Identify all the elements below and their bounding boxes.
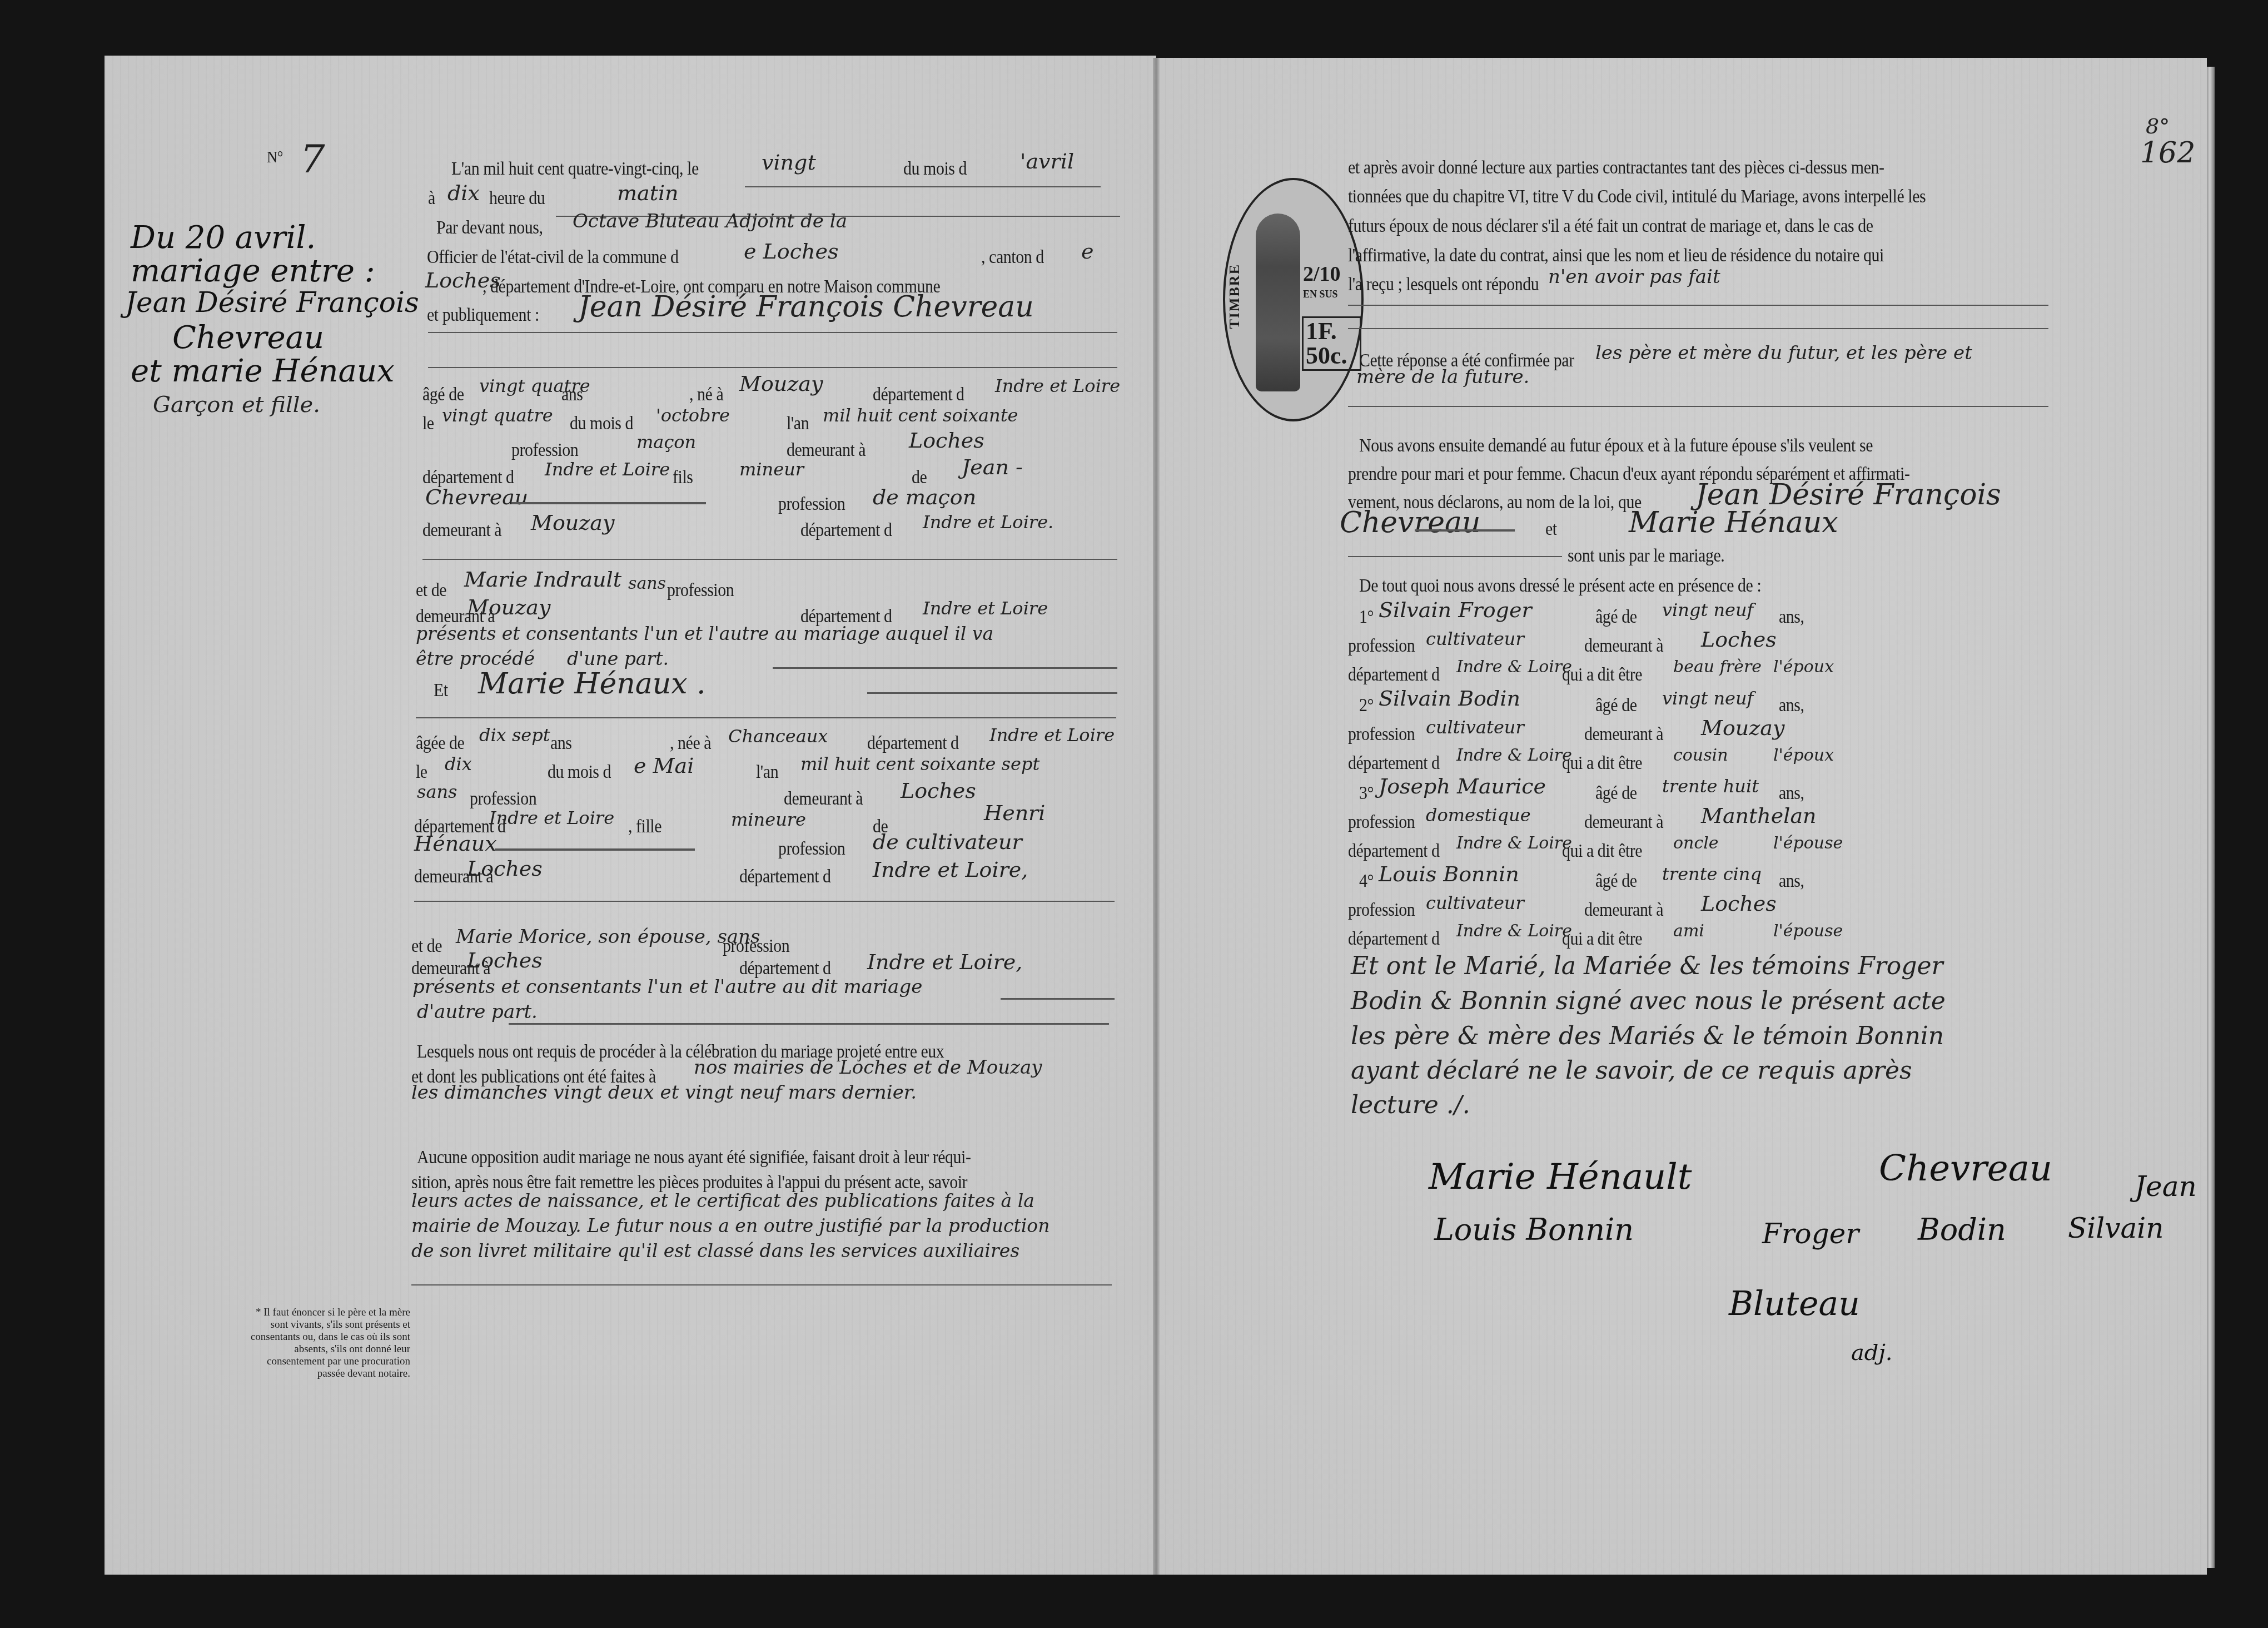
signature-officer-title: adj. — [1851, 1340, 1893, 1366]
printed-text: département d — [1348, 842, 1440, 861]
witness-age: trente cinq — [1662, 863, 1762, 885]
printed-text: âgé de — [1595, 872, 1637, 891]
witness-age: vingt neuf — [1662, 599, 1753, 621]
rule — [1348, 406, 2048, 407]
groom-birth-year: mil huit cent soixante — [823, 405, 1018, 426]
printed-text: demeurant à — [1584, 725, 1663, 744]
mother-dept: Indre et Loire — [923, 598, 1048, 619]
printed-text: profession — [667, 581, 734, 600]
bride-age: dix sept — [479, 724, 550, 746]
signature-witness-bodin: Bodin — [1918, 1212, 2006, 1247]
rule — [1001, 998, 1115, 1000]
printed-text: profession — [511, 441, 578, 460]
printed-text: et de — [416, 581, 446, 600]
printed-text: âgé de — [1595, 784, 1637, 803]
signature-witness-silvain: Silvain — [2068, 1212, 2164, 1244]
mother-profession: sans — [628, 574, 666, 593]
consent-text: d'une part. — [567, 648, 669, 669]
signature-officer: Bluteau — [1729, 1284, 1860, 1323]
bride-birth-day: dix — [445, 753, 472, 775]
stamp-surcharge: 2/10 — [1303, 264, 1341, 285]
printed-text: profession — [1348, 901, 1415, 920]
printed-text: profession — [470, 790, 536, 808]
page-edges — [2207, 67, 2215, 1568]
father-dept: Indre et Loire. — [923, 512, 1053, 533]
signature-groom-firstname: Jean — [2135, 1170, 2197, 1203]
printed-text: ans — [550, 734, 572, 753]
witness-num: 3° — [1359, 784, 1374, 803]
rule — [745, 186, 1101, 187]
printed-text: et de — [411, 937, 442, 956]
filled-time: matin — [617, 181, 679, 205]
margin-note-line: Chevreau — [172, 320, 324, 356]
bride-name-declared: Marie Hénaux — [1629, 506, 1838, 539]
printed-text: demeurant à — [1584, 813, 1663, 832]
tax-stamp: TIMBRE 2/10 EN SUS 1F. 50c. — [1223, 178, 1364, 421]
printed-text: profession — [1348, 637, 1415, 656]
printed-text: département d — [873, 385, 964, 404]
printed-text: Officier de l'état-civil de la commune d — [427, 248, 678, 267]
groom-status: mineur — [739, 459, 804, 480]
margin-note-line: mariage entre : — [131, 253, 375, 289]
printed-text: département d — [800, 521, 892, 540]
act-number-label: N° — [267, 149, 283, 166]
bride-father-dept: Indre et Loire, — [873, 857, 1028, 882]
printed-text: profession — [778, 495, 845, 514]
witness-residence: Loches — [1701, 627, 1777, 652]
groom-birth-day: vingt quatre — [442, 405, 553, 426]
closing-line: lecture ./. — [1351, 1091, 1470, 1119]
printed-text: l'an — [787, 414, 809, 433]
printed-text: demeurant à — [1584, 901, 1663, 920]
printed-text: profession — [778, 840, 845, 858]
printed-text: , fille — [628, 817, 661, 836]
printed-text: âgé de — [1595, 696, 1637, 715]
margin-note-line: Jean Désiré François — [125, 286, 419, 319]
signature-witness-froger: Froger — [1762, 1218, 1859, 1250]
filled-day: vingt — [762, 150, 816, 175]
printed-text: sont unis par le mariage. — [1568, 547, 1724, 565]
groom-profession: maçon — [636, 431, 696, 453]
father-surname: Chevreau — [425, 485, 528, 509]
printed-text: département d — [739, 867, 831, 886]
father-firstname: Jean - — [962, 455, 1023, 479]
printed-text: le — [422, 414, 434, 433]
printed-text: l'a reçu ; lesquels ont répondu — [1348, 275, 1539, 294]
book-gutter — [1153, 58, 1160, 1575]
printed-text: profession — [1348, 813, 1415, 832]
printed-text: et après avoir donné lecture aux parties… — [1348, 158, 1884, 177]
stamp-surcharge-sub: EN SUS — [1303, 289, 1338, 300]
groom-birth-dept: Indre et Loire — [995, 375, 1120, 396]
witness-relation: cousin — [1673, 746, 1728, 765]
stamp-value: 1F. 50c. — [1302, 316, 1361, 371]
folio-number: 162 — [2140, 136, 2195, 170]
signature-groom-surname: Chevreau — [1879, 1148, 2052, 1189]
witness-name: Louis Bonnin — [1379, 862, 1519, 886]
rule — [867, 692, 1117, 694]
witness-relation-of: l'épouse — [1773, 833, 1843, 853]
bride-name: Marie Hénaux . — [478, 667, 706, 701]
printed-text: le — [416, 763, 427, 782]
printed-text: âgé de — [422, 385, 464, 404]
rule — [416, 717, 1116, 718]
printed-text: , né à — [689, 385, 723, 404]
closing-line: ayant déclaré ne le savoir, de ce requis… — [1351, 1056, 1912, 1085]
printed-text: âgée de — [416, 734, 464, 753]
rule — [773, 667, 1117, 669]
printed-text: département d — [1348, 666, 1440, 684]
father-profession: de maçon — [873, 485, 976, 509]
witness-profession: cultivateur — [1426, 717, 1524, 738]
witness-relation: ami — [1673, 921, 1704, 941]
witness-residence: Manthelan — [1701, 803, 1817, 828]
publication-dates: les dimanches vingt deux et vingt neuf m… — [411, 1081, 917, 1104]
documents-produced: mairie de Mouzay. Le futur nous a en out… — [411, 1215, 1050, 1237]
printed-text: de — [912, 468, 927, 487]
contract-answer: n'en avoir pas fait — [1548, 266, 1720, 288]
printed-text: tionnées que du chapitre VI, titre V du … — [1348, 187, 1926, 206]
witness-name: Joseph Maurice — [1379, 774, 1546, 798]
footnote-marker: * — [256, 1307, 261, 1318]
footnote-text: Il faut énoncer si le père et la mère so… — [251, 1307, 410, 1379]
closing-line: les père & mère des Mariés & le témoin B… — [1351, 1022, 1944, 1050]
printed-text: ans, — [1779, 608, 1804, 627]
printed-text: demeurant à — [422, 521, 501, 540]
witness-relation-of: l'épouse — [1773, 921, 1843, 941]
printed-text: département d — [739, 959, 831, 978]
printed-text: fils — [673, 468, 693, 487]
printed-text: demeurant à — [1584, 637, 1663, 656]
bride-profession: sans — [417, 781, 457, 802]
witness-profession: domestique — [1426, 805, 1531, 826]
printed-text: ans, — [1779, 784, 1804, 803]
printed-text: heure du — [489, 189, 545, 208]
printed-text: Par devant nous, — [436, 219, 543, 237]
groom-dept: Indre et Loire — [545, 459, 670, 480]
printed-text: , née à — [670, 734, 711, 753]
bride-mother-dept: Indre et Loire, — [867, 950, 1022, 974]
stamp-word: TIMBRE — [1226, 264, 1243, 329]
witness-dept: Indre & Loire — [1456, 746, 1572, 765]
witness-residence: Mouzay — [1701, 716, 1784, 740]
printed-text: De tout quoi nous avons dressé le présen… — [1359, 577, 1761, 595]
witness-residence: Loches — [1701, 891, 1777, 916]
rule — [411, 1284, 1112, 1285]
rule — [511, 502, 706, 504]
bride-father-profession: de cultivateur — [873, 830, 1022, 854]
bride-father-surname: Hénaux — [414, 831, 497, 856]
rule — [495, 848, 695, 851]
rule — [1348, 556, 1562, 557]
printed-text: qui a dit être — [1562, 842, 1642, 861]
witness-num: 2° — [1359, 696, 1374, 715]
printed-text: Nous avons ensuite demandé au futur épou… — [1359, 436, 1873, 455]
confirmation-by: les père et mère du futur, et les père e… — [1595, 342, 1972, 364]
witness-profession: cultivateur — [1426, 628, 1524, 649]
rule — [428, 367, 1117, 368]
witness-dept: Indre & Loire — [1456, 657, 1572, 677]
printed-text: âgé de — [1595, 608, 1637, 627]
closing-line: Et ont le Marié, la Mariée & les témoins… — [1351, 952, 1943, 980]
confirmation-by: mère de la future. — [1356, 366, 1529, 388]
consent-text: présents et consentants l'un et l'autre … — [412, 976, 922, 998]
witness-age: vingt neuf — [1662, 688, 1753, 709]
closing-line: Bodin & Bonnin signé avec nous le présen… — [1351, 987, 1946, 1015]
witness-dept: Indre & Loire — [1456, 921, 1572, 941]
groom-surname-declared: Chevreau — [1340, 506, 1481, 539]
witness-num: 1° — [1359, 608, 1374, 627]
rule — [1348, 328, 2048, 329]
printed-text: département d — [867, 734, 959, 753]
bride-birthplace: Chanceaux — [728, 726, 828, 747]
bride-residence: Loches — [901, 778, 976, 803]
filled-officer: Octave Bluteau Adjoint de la — [573, 210, 847, 232]
act-number-value: 7 — [300, 136, 325, 182]
witness-relation-of: l'époux — [1773, 657, 1834, 677]
printed-text: département d — [1348, 754, 1440, 773]
documents-produced: de son livret militaire qu'il est classé… — [411, 1240, 1019, 1262]
witness-age: trente huit — [1662, 776, 1759, 797]
margin-note-line: et marie Hénaux — [131, 353, 395, 389]
witness-relation-of: l'époux — [1773, 746, 1834, 765]
printed-text: sition, après nous être fait remettre le… — [411, 1173, 967, 1192]
mother-name: Marie Indrault — [464, 567, 621, 592]
footnote: * Il faut énoncer si le père et la mère … — [243, 1307, 410, 1380]
groom-name: Jean Désiré François Chevreau — [578, 290, 1034, 324]
margin-note-line: Du 20 avril. — [131, 220, 316, 256]
bride-father-residence: Loches — [467, 856, 543, 881]
printed-text: et — [1545, 520, 1557, 539]
printed-text: à — [428, 189, 435, 208]
rule — [1415, 529, 1515, 532]
printed-text: du mois d — [570, 414, 633, 433]
printed-text: département d — [1348, 930, 1440, 949]
mother-residence: Mouzay — [467, 595, 550, 619]
consent-text: présents et consentants l'un et l'autre … — [416, 623, 993, 644]
groom-birthplace: Mouzay — [739, 371, 823, 396]
witness-relation: oncle — [1673, 833, 1719, 853]
printed-text: qui a dit être — [1562, 666, 1642, 684]
consent-text: d'autre part. — [417, 1001, 538, 1023]
witness-dept: Indre & Loire — [1456, 833, 1572, 853]
witness-relation: beau frère — [1673, 657, 1762, 677]
publication-places: nos mairies de Loches et de Mouzay — [694, 1056, 1042, 1079]
witness-name: Silvain Bodin — [1379, 686, 1520, 711]
filled-hour: dix — [447, 181, 480, 205]
printed-text: , canton d — [981, 248, 1044, 267]
folio-mark: 8° — [2146, 114, 2170, 138]
rule — [414, 901, 1115, 902]
bride-birth-month: e Mai — [634, 753, 694, 778]
signature-bride: Marie Hénault — [1429, 1157, 1692, 1198]
printed-text: département d — [422, 468, 514, 487]
documents-produced: leurs actes de naissance, et le certific… — [411, 1190, 1034, 1212]
filled-month: 'avril — [1020, 149, 1074, 173]
printed-text: ans, — [1779, 872, 1804, 891]
printed-text: demeurant à — [787, 441, 866, 460]
consent-text: être procédé — [416, 648, 535, 669]
printed-text: Et — [434, 681, 448, 700]
bride-birth-year: mil huit cent soixante sept — [800, 753, 1039, 775]
printed-text: demeurant à — [784, 790, 863, 808]
printed-text: ans — [561, 385, 583, 404]
signature-witness-bonnin: Louis Bonnin — [1434, 1212, 1634, 1247]
printed-text: profession — [723, 937, 789, 956]
filled-commune: e Loches — [744, 239, 838, 264]
groom-residence: Loches — [909, 428, 984, 453]
rule — [509, 1023, 1109, 1025]
rule — [428, 332, 1117, 333]
father-residence: Mouzay — [531, 510, 614, 535]
printed-text: L'an mil huit cent quatre-vingt-cinq, le — [451, 160, 699, 178]
witness-name: Silvain Froger — [1379, 598, 1532, 622]
printed-text: et publiquement : — [427, 306, 539, 325]
printed-text: profession — [1348, 725, 1415, 744]
printed-text: ans, — [1779, 696, 1804, 715]
bride-birth-dept: Indre et Loire — [989, 724, 1115, 746]
printed-text: du mois d — [903, 160, 967, 178]
filled-canton: e — [1081, 239, 1094, 264]
printed-text: du mois d — [548, 763, 611, 782]
rule — [422, 559, 1117, 560]
groom-birth-month: 'octobre — [656, 405, 730, 426]
witness-num: 4° — [1359, 872, 1374, 891]
bride-mother-name: Marie Morice, son épouse, sans — [456, 926, 760, 948]
bride-mother-residence: Loches — [467, 948, 543, 972]
printed-text: qui a dit être — [1562, 754, 1642, 773]
printed-text: l'an — [756, 763, 778, 782]
printed-text: Aucune opposition audit mariage ne nous … — [417, 1148, 971, 1167]
printed-text: futurs époux de nous déclarer s'il a été… — [1348, 217, 1873, 236]
justice-figure-icon — [1256, 214, 1300, 391]
rule — [1348, 305, 2048, 306]
bride-father-firstname: Henri — [984, 801, 1045, 825]
bride-status: mineure — [731, 809, 806, 830]
witness-profession: cultivateur — [1426, 892, 1524, 914]
bride-dept: Indre et Loire — [489, 807, 614, 828]
margin-note-line: Garçon et fille. — [153, 392, 320, 418]
printed-text: qui a dit être — [1562, 930, 1642, 949]
printed-text: l'affirmative, la date du contrat, ainsi… — [1348, 246, 1884, 265]
